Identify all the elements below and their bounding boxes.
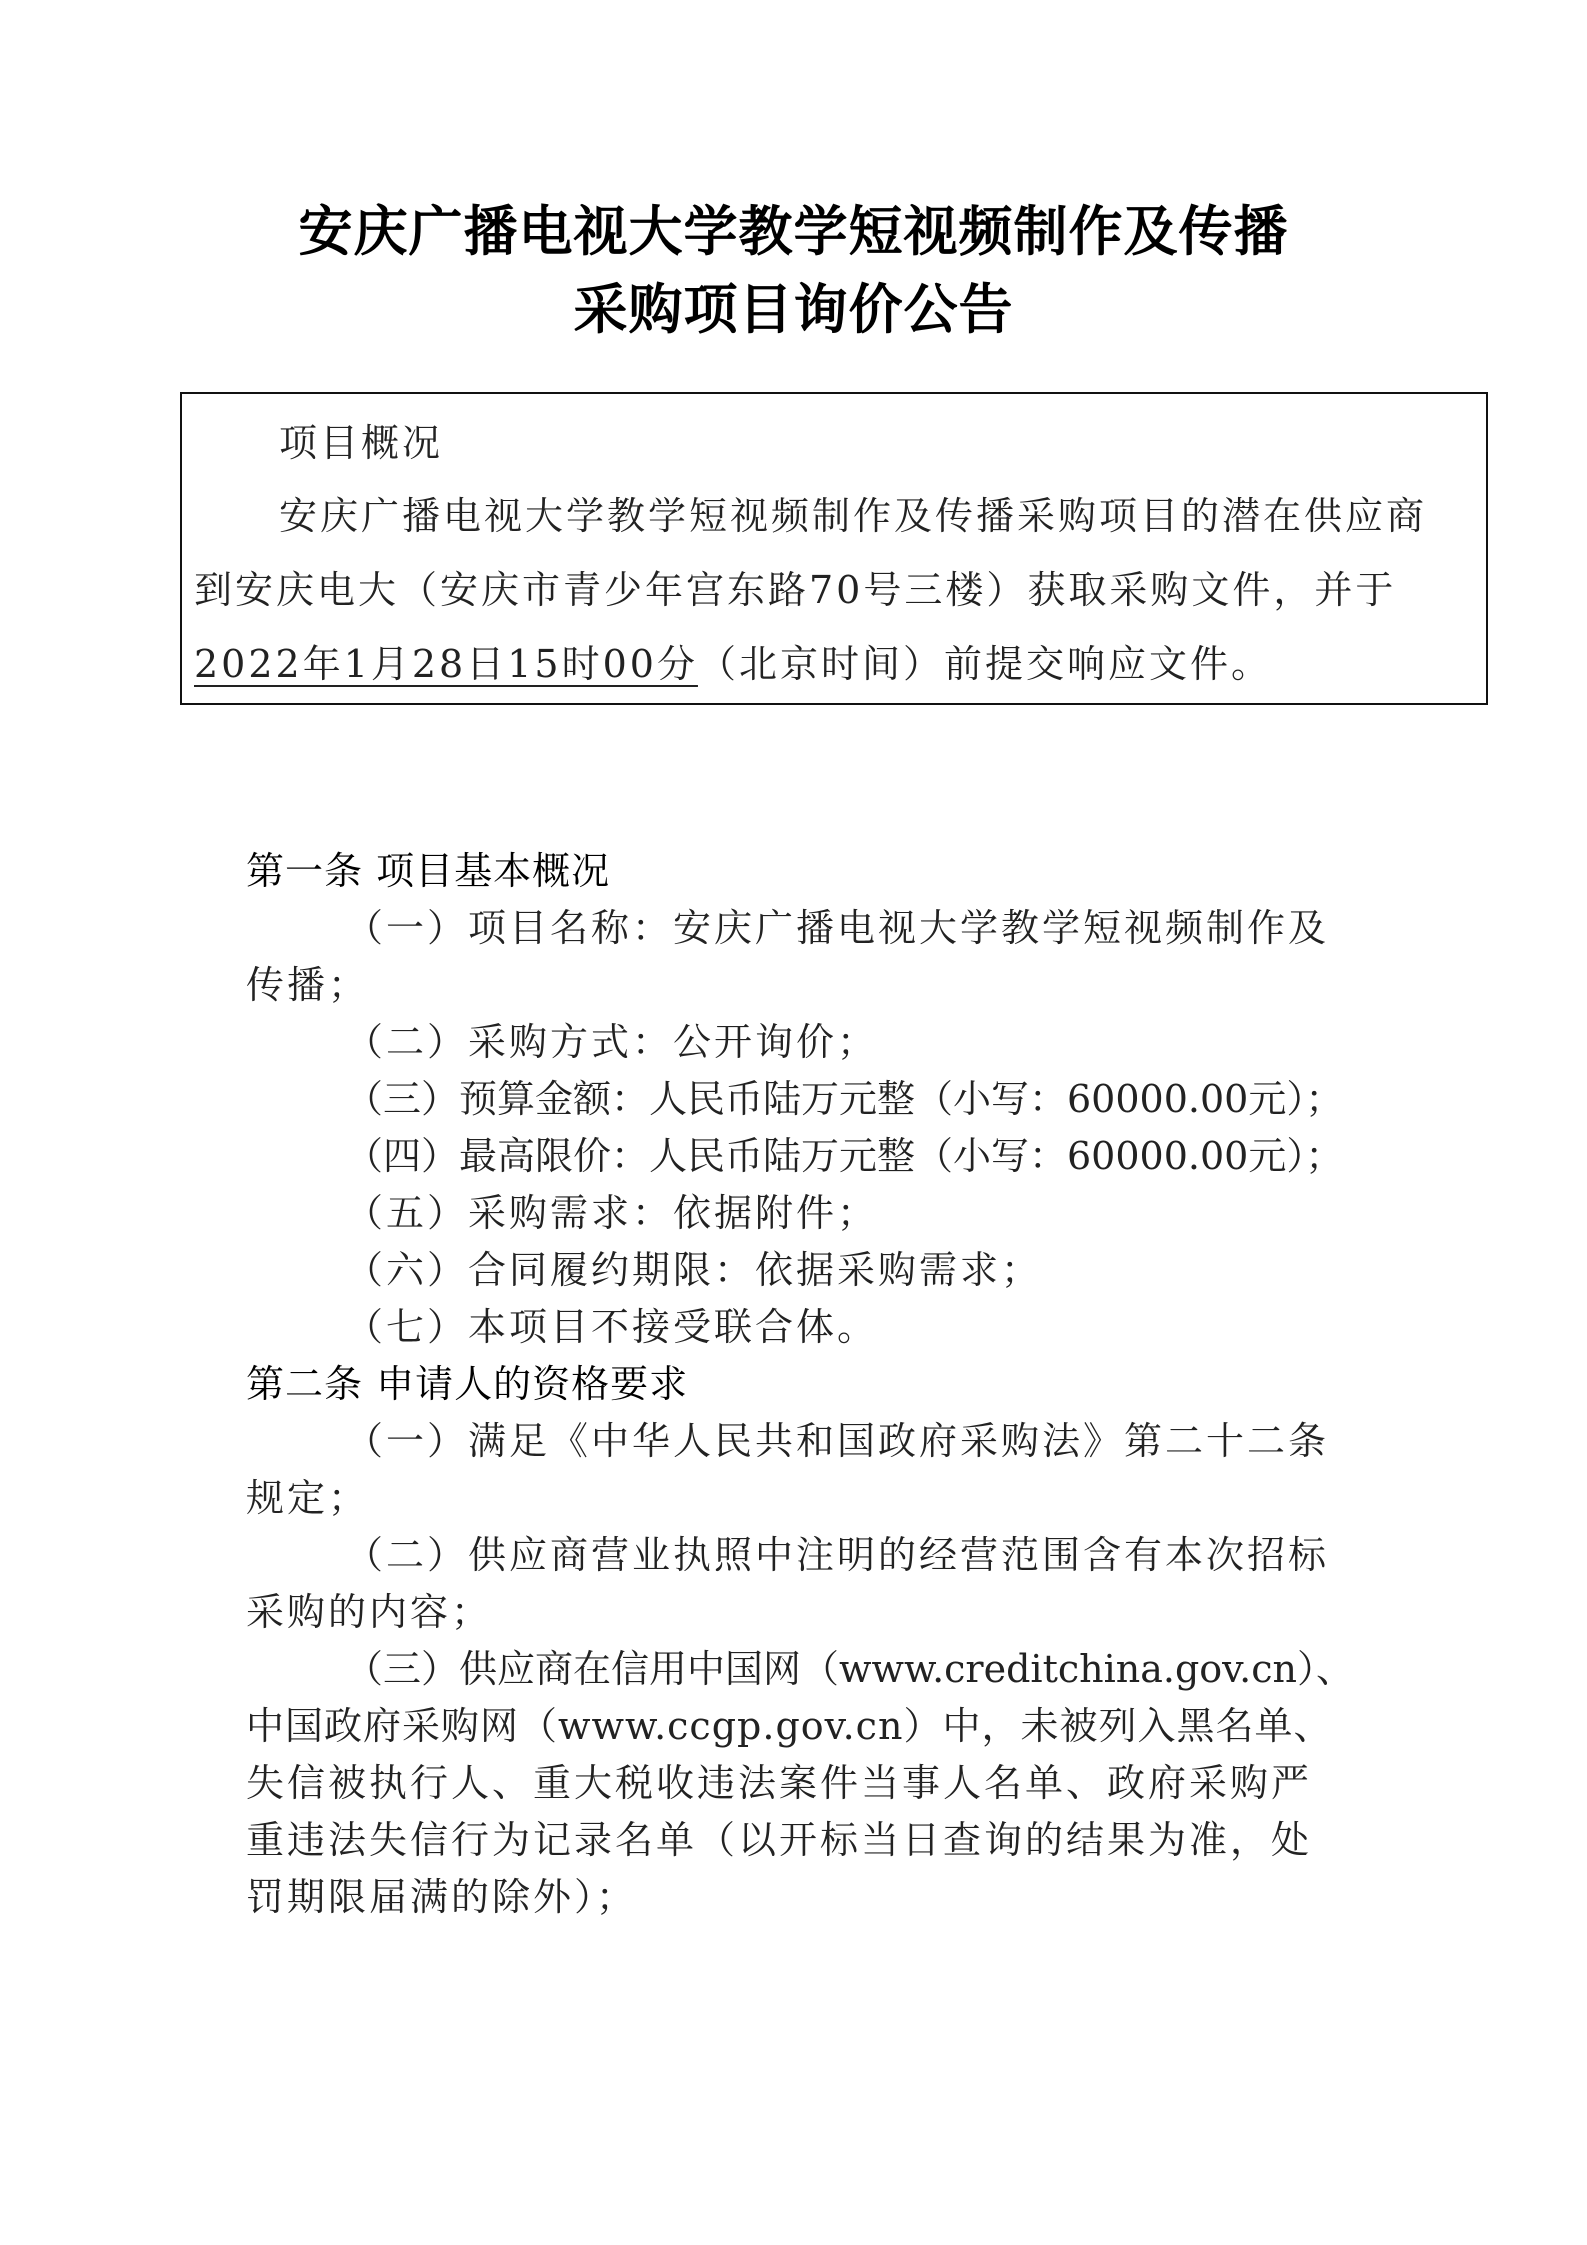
article-2-item-continuation: 规定； [246, 1479, 369, 1517]
article-1-heading: 第一条 项目基本概况 [246, 852, 610, 890]
article-2-item-continuation: 重违法失信行为记录名单（以开标当日查询的结果为准，处 [246, 1821, 1312, 1859]
overview-line-1: 安庆广播电视大学教学短视频制作及传播采购项目的潜在供应商 [279, 497, 1427, 535]
document-page: 安庆广播电视大学教学短视频制作及传播 采购项目询价公告 项目概况 安庆广播电视大… [0, 0, 1587, 2245]
article-1-item: （三）预算金额：人民币陆万元整（小写：60000.00元）； [345, 1080, 1343, 1118]
article-2-item-continuation: 罚期限届满的除外）； [246, 1878, 637, 1916]
overview-line-3: 2022年1月28日15时00分（北京时间）前提交响应文件。 [194, 645, 1272, 683]
article-2-item-continuation: 失信被执行人、重大税收违法案件当事人名单、政府采购严 [246, 1764, 1312, 1802]
article-2-item: （三）供应商在信用中国网（www.creditchina.gov.cn）、 [345, 1650, 1354, 1688]
document-title-line-1: 安庆广播电视大学教学短视频制作及传播 [0, 205, 1587, 259]
article-1-item-continuation: 传播； [246, 966, 369, 1004]
article-1-item: （六）合同履约期限：依据采购需求； [345, 1251, 1042, 1289]
document-title-line-2: 采购项目询价公告 [0, 283, 1587, 337]
article-2-item-continuation: 中国政府采购网（www.ccgp.gov.cn）中，未被列入黑名单、 [246, 1707, 1332, 1745]
overview-line-3-rest: （北京时间）前提交响应文件。 [698, 642, 1272, 686]
article-2-item: （二）供应商营业执照中注明的经营范围含有本次招标 [345, 1536, 1329, 1574]
article-1-item: （二）采购方式：公开询价； [345, 1023, 878, 1061]
article-2-item-continuation: 采购的内容； [246, 1593, 492, 1631]
article-2-item: （一）满足《中华人民共和国政府采购法》第二十二条 [345, 1422, 1329, 1460]
overview-heading: 项目概况 [279, 424, 443, 462]
project-overview-box: 项目概况 安庆广播电视大学教学短视频制作及传播采购项目的潜在供应商 到安庆电大（… [180, 392, 1488, 705]
article-1-item: （五）采购需求：依据附件； [345, 1194, 878, 1232]
article-1-item: （四）最高限价：人民币陆万元整（小写：60000.00元）； [345, 1137, 1343, 1175]
overview-line-2: 到安庆电大（安庆市青少年宫东路70号三楼）获取采购文件，并于 [194, 571, 1396, 609]
submission-deadline: 2022年1月28日15时00分 [194, 642, 698, 686]
article-1-item: （一）项目名称：安庆广播电视大学教学短视频制作及 [345, 909, 1329, 947]
article-2-heading: 第二条 申请人的资格要求 [246, 1365, 688, 1403]
article-1-item: （七）本项目不接受联合体。 [345, 1308, 878, 1346]
